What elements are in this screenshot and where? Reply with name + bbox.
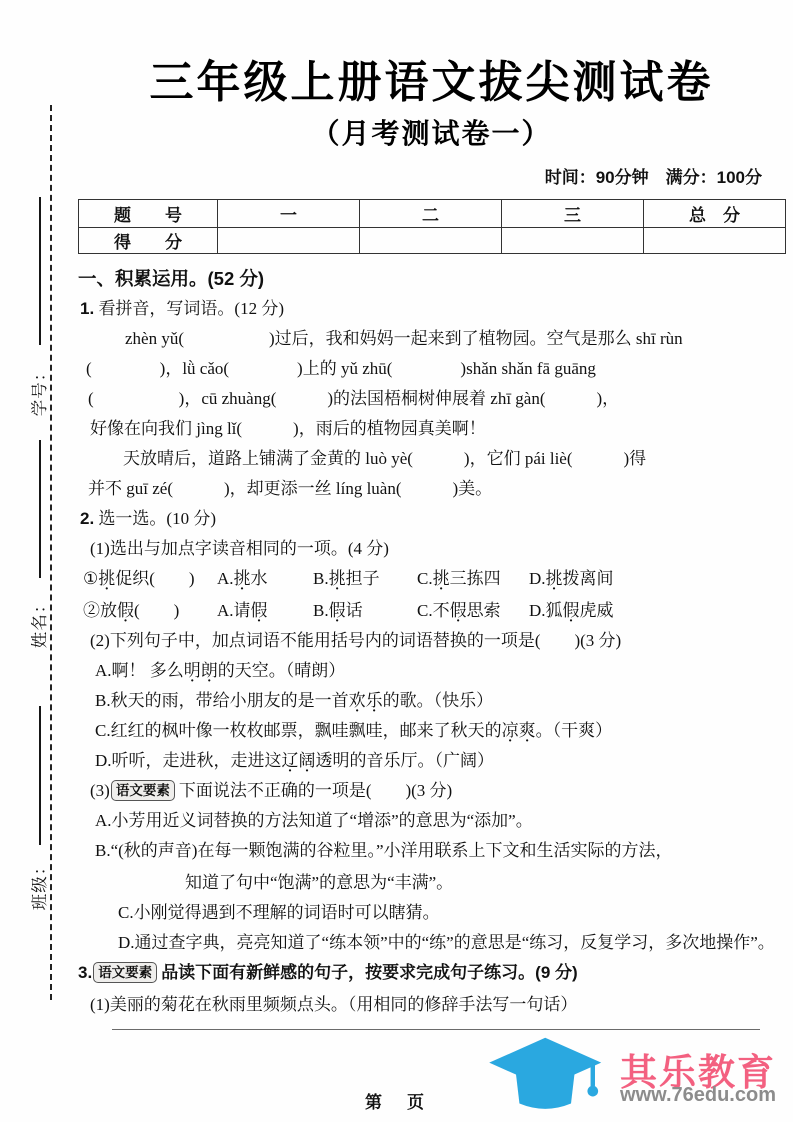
student-id-label: 学号： [30,348,50,432]
score-row-label: 得 分 [79,228,218,254]
paper-title: 三年级上册语文拔尖测试卷 [78,46,785,110]
answer-blank-line [112,1029,760,1030]
option-b: B.挑担子 [313,566,417,592]
question-3-head: 3.语文要素品读下面有新鲜感的句子，按要求完成句子练习。(9 分) [78,960,578,986]
brand-url: www.76edu.com [608,1084,788,1107]
student-id-blank-line [39,197,41,345]
sub-question: (3)语文要素下面说法不正确的一项是( )(3 分) [90,778,452,804]
score-table-header-cell: 总 分 [644,200,786,228]
option-c: C.不假思索 [417,598,529,624]
score-table: 题 号 一 二 三 总 分 得 分 [78,199,786,254]
name-label: 姓名： [30,580,50,664]
option-row: ①挑促织( ) A.挑水 B.挑担子 C.挑三拣四 D.挑拨离间 [83,566,773,592]
content-line: ( )，cū zhuàng( )的法国梧桐树伸展着 zhī gàn( )， [88,386,619,412]
option-b: B.假话 [313,598,417,624]
option-d: D.狐假虎威 [529,598,773,624]
paper-subtitle: （月考测试卷一） [78,112,785,152]
option-row: ②放假( ) A.请假 B.假话 C.不假思索 D.狐假虎威 [83,598,773,624]
content-line: 并不 guī zé( )，却更添一丝 líng luàn( )美。 [88,476,492,502]
option-line-continued: 知道了句中“饱满”的意思为“丰满”。 [185,870,453,896]
option-a: A.请假 [217,598,313,624]
option-c: C.挑三拣四 [417,566,529,592]
option-line: C.红红的枫叶像一枚枚邮票，飘哇飘哇，邮来了秋天的凉爽。（干爽） [95,718,612,744]
option-line: A.小芳用近义词替换的方法知道了“增添”的意思为“添加”。 [95,808,533,834]
score-cell [218,228,360,254]
margin-dashed-divider [50,105,52,1000]
option-line: D.听听，走进秋，走进这辽阔透明的音乐厅。（广阔） [95,748,494,774]
brand-logo: 其乐教育 www.76edu.com [488,1036,788,1116]
score-table-header-cell: 题 号 [79,200,218,228]
option-d: D.挑拨离间 [529,566,773,592]
question-1-head: 1. 看拼音，写词语。(12 分) [80,296,284,322]
option-a: A.挑水 [217,566,313,592]
score-table-header-cell: 一 [218,200,360,228]
score-cell [644,228,786,254]
score-table-header-cell: 三 [502,200,644,228]
test-paper-page: 学号： 姓名： 班级： 三年级上册语文拔尖测试卷 （月考测试卷一） 时间：90分… [0,0,793,1122]
sub-question: (1)美丽的菊花在秋雨里频频点头。（用相同的修辞手法写一句话） [90,992,577,1018]
option-stem: ②放假( ) [83,598,217,624]
time-score-info: 时间：90分钟 满分：100分 [545,163,762,188]
score-table-header-cell: 二 [360,200,502,228]
option-line: D.通过查字典，亮亮知道了“练本领”中的“练”的意思是“练习，反复学习，多次地操… [118,930,775,956]
question-2-head: 2. 选一选。(10 分) [80,506,216,532]
content-line: ( )，lǜ cǎo( )上的 yǔ zhū( )shǎn shǎn fā gu… [86,356,596,382]
content-line: 好像在向我们 jìng lǐ( )，雨后的植物园真美啊！ [90,416,486,442]
option-line: B.“(秋的声音)在每一颗饱满的谷粒里。”小洋用联系上下文和生活实际的方法， [95,838,673,864]
content-line: 天放晴后，道路上铺满了金黄的 luò yè( )，它们 pái liè( )得 [123,446,646,472]
score-cell [360,228,502,254]
sub-question: (2)下列句子中，加点词语不能用括号内的词语替换的一项是( )(3 分) [90,628,621,654]
option-stem: ①挑促织( ) [83,566,217,592]
content-line: zhèn yǔ( )过后，我和妈妈一起来到了植物园。空气是那么 shī rùn [125,326,683,352]
graduation-cap-icon [488,1036,606,1116]
name-blank-line [39,440,41,578]
class-label: 班级： [30,842,50,926]
sub-question: (1)选出与加点字读音相同的一项。(4 分) [90,536,389,562]
section-heading: 一、积累运用。(52 分) [78,266,264,292]
option-line: A.啊！ 多么明朗的天空。（晴朗） [95,658,345,684]
class-blank-line [39,706,41,845]
score-cell [502,228,644,254]
option-line: C.小刚觉得遇到不理解的词语时可以瞎猜。 [118,900,440,926]
option-line: B.秋天的雨，带给小朋友的是一首欢乐的歌。（快乐） [95,688,493,714]
